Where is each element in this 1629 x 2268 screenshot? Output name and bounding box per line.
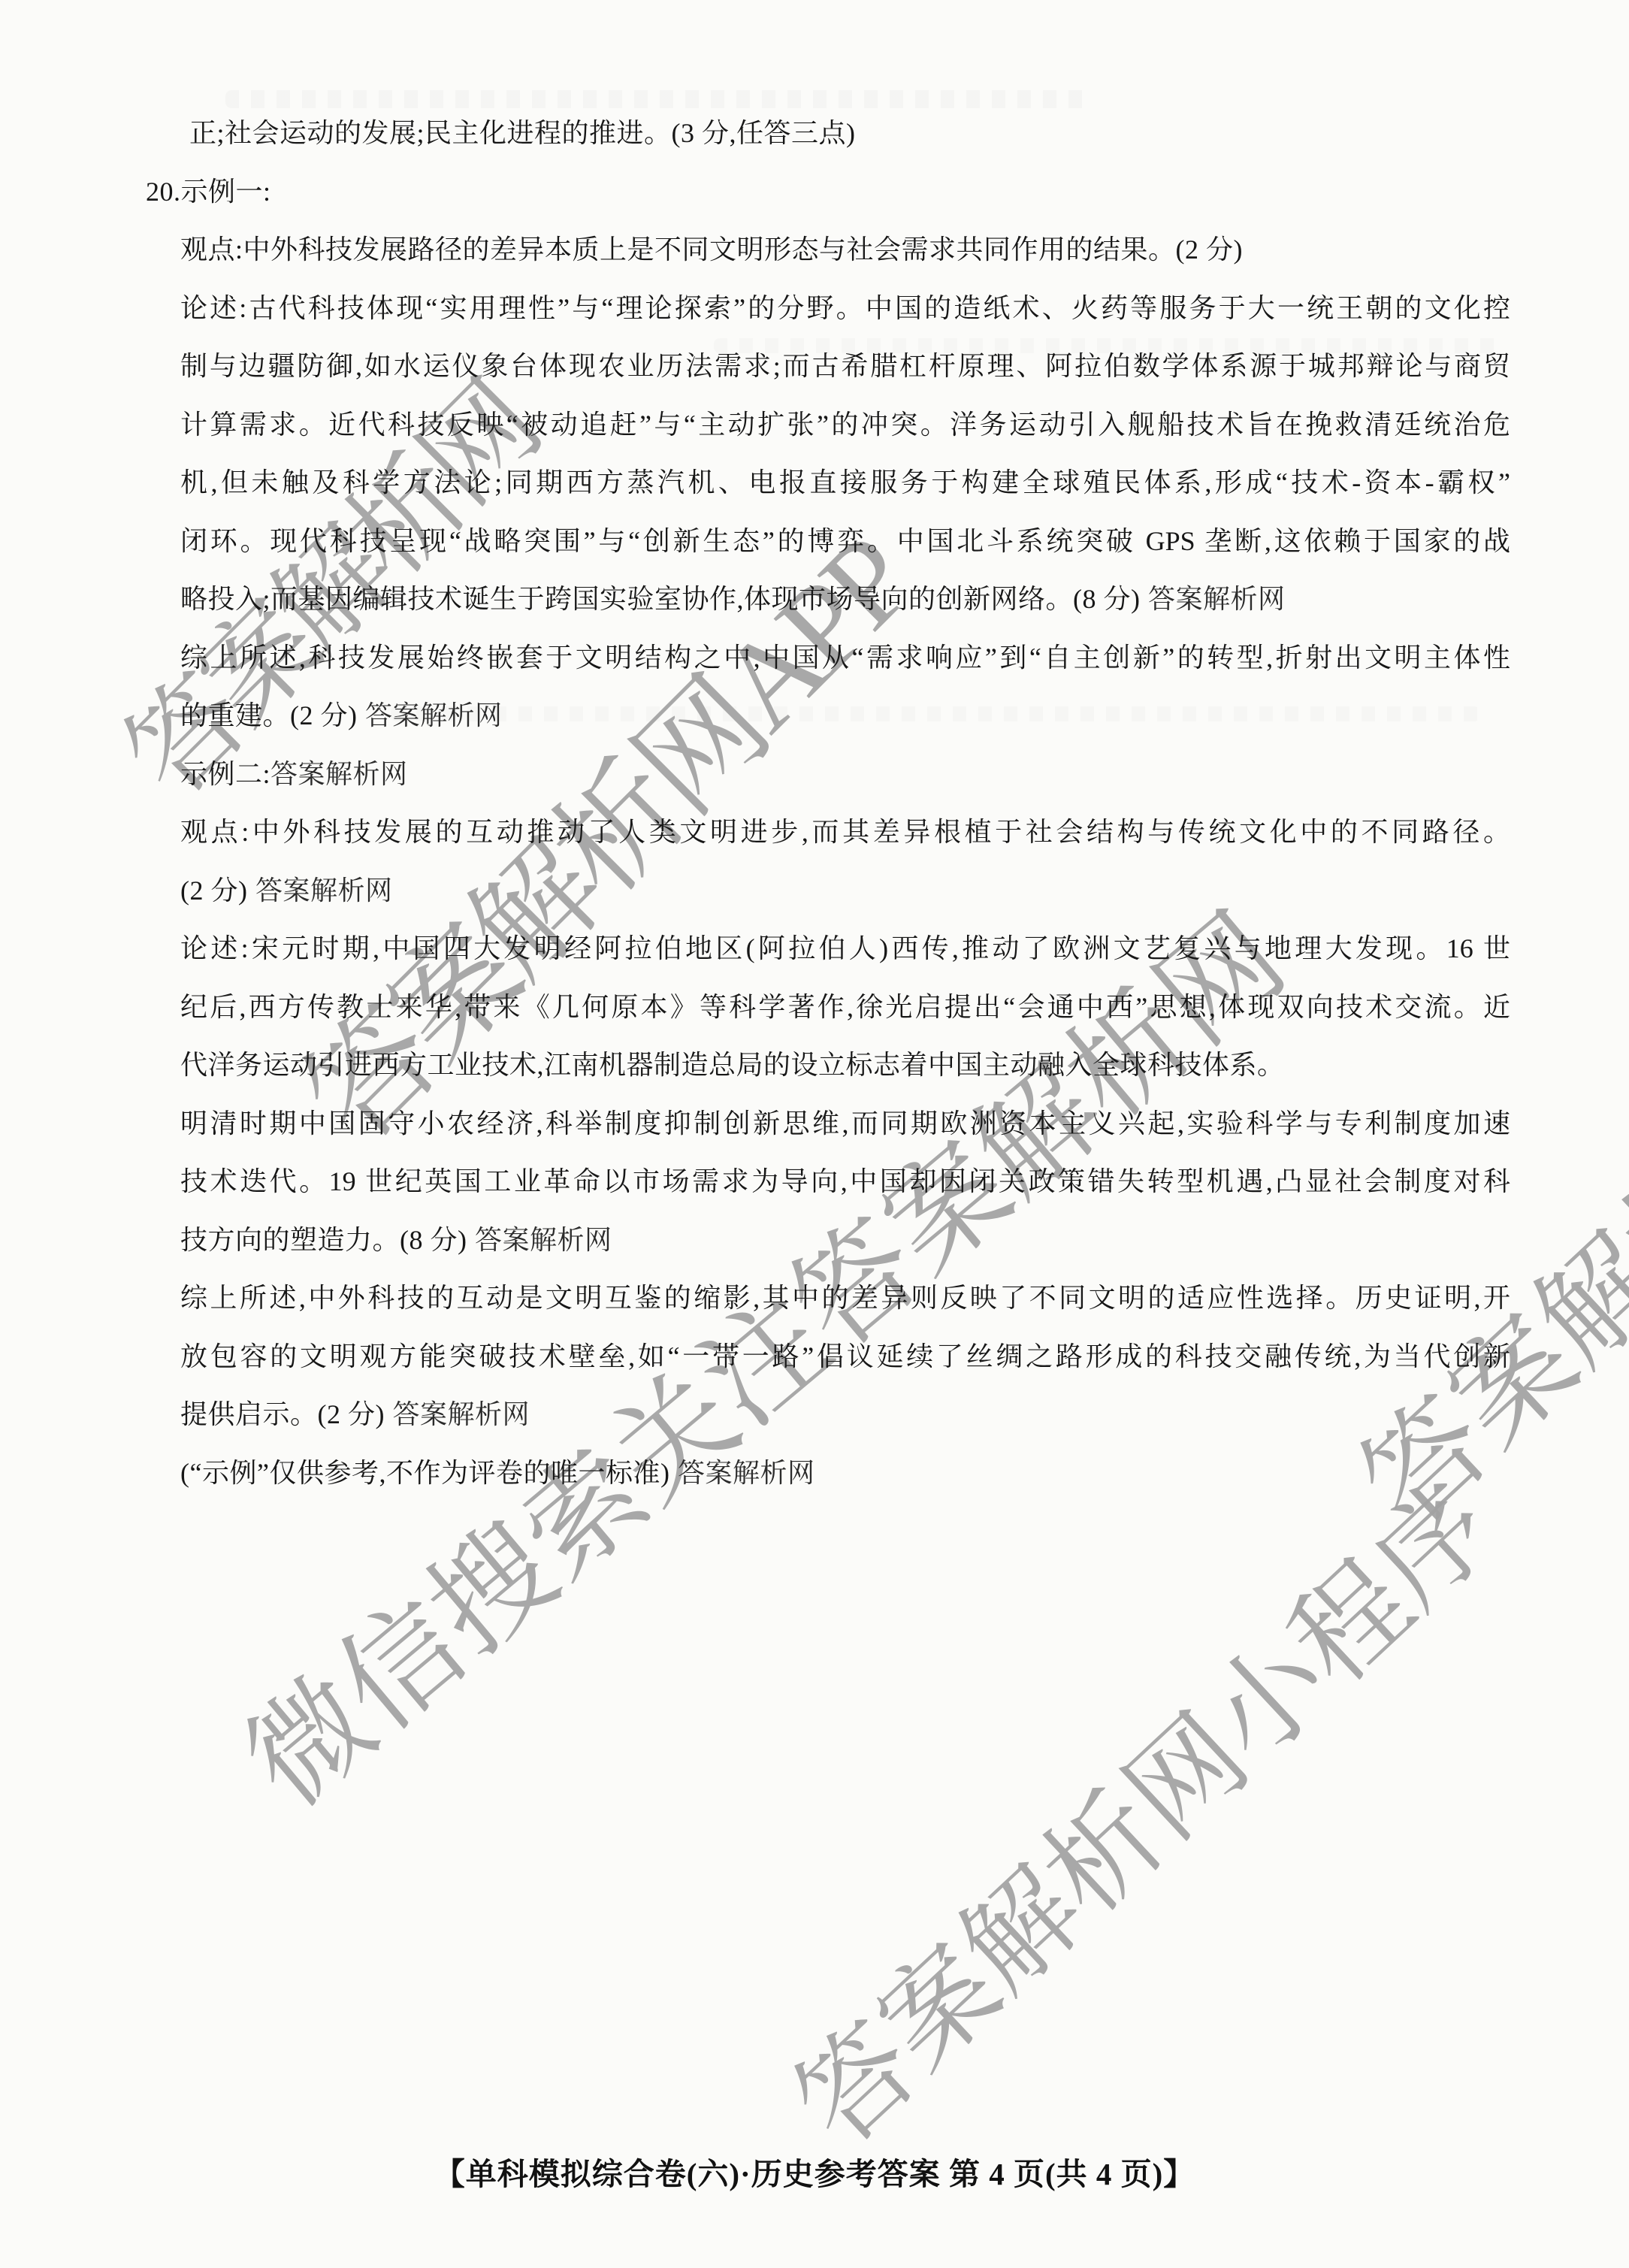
text-line-question-20: 20.示例一: bbox=[180, 173, 1510, 210]
scanned-answer-page: 答案解析网 答案解析网APP 微信搜索关注答案解析网 答案解析网小程序 答案解析… bbox=[0, 0, 1629, 2268]
text-line: 略投入;而基因编辑技术诞生于跨国实验室协作,体现市场导向的创新网络。(8 分) … bbox=[180, 580, 1510, 618]
text-line: 技方向的塑造力。(8 分) 答案解析网 bbox=[180, 1221, 1510, 1259]
text-line: 计算需求。近代科技反映“被动追赶”与“主动扩张”的冲突。洋务运动引入舰船技术旨在… bbox=[180, 406, 1510, 443]
text-line: (“示例”仅供参考,不作为评卷的唯一标准) 答案解析网 bbox=[180, 1454, 1510, 1492]
text-line: 提供启示。(2 分) 答案解析网 bbox=[180, 1396, 1510, 1433]
text-line: 观点:中外科技发展的互动推动了人类文明进步,而其差异根植于社会结构与传统文化中的… bbox=[180, 813, 1510, 851]
text-line: 放包容的文明观方能突破技术壁垒,如“一带一路”倡议延续了丝绸之路形成的科技交融传… bbox=[180, 1338, 1510, 1375]
text-line: 的重建。(2 分) 答案解析网 bbox=[180, 697, 1510, 734]
text-line: 技术迭代。19 世纪英国工业革命以市场需求为导向,中国却因闭关政策错失转型机遇,… bbox=[180, 1163, 1510, 1200]
text-line: 示例二:答案解析网 bbox=[180, 755, 1510, 793]
text-line: 论述:古代科技体现“实用理性”与“理论探索”的分野。中国的造纸术、火药等服务于大… bbox=[180, 289, 1510, 327]
page-footer: 【单科模拟综合卷(六)·历史参考答案 第 4 页(共 4 页)】 bbox=[0, 2149, 1629, 2194]
text-line: 代洋务运动引进西方工业技术,江南机器制造总局的设立标志着中国主动融入全球科技体系… bbox=[180, 1046, 1510, 1084]
text-line: 制与边疆防御,如水运仪象台体现农业历法需求;而古希腊杠杆原理、阿拉伯数学体系源于… bbox=[180, 347, 1510, 385]
text-line: 综上所述,中外科技的互动是文明互鉴的缩影,其中的差异则反映了不同文明的适应性选择… bbox=[180, 1279, 1510, 1317]
text-line: 论述:宋元时期,中国四大发明经阿拉伯地区(阿拉伯人)西传,推动了欧洲文艺复兴与地… bbox=[180, 930, 1510, 967]
text-line: 观点:中外科技发展路径的差异本质上是不同文明形态与社会需求共同作用的结果。(2 … bbox=[180, 231, 1510, 268]
text-line: 机,但未触及科学方法论;同期西方蒸汽机、电报直接服务于构建全球殖民体系,形成“技… bbox=[180, 464, 1510, 501]
text-line: 综上所述,科技发展始终嵌套于文明结构之中,中国从“需求响应”到“自主创新”的转型… bbox=[180, 639, 1510, 676]
text-line: (2 分) 答案解析网 bbox=[180, 872, 1510, 909]
answer-text-block: 正;社会运动的发展;民主化进程的推进。(3 分,任答三点) 20.示例一: 观点… bbox=[0, 0, 1629, 2268]
text-line: 正;社会运动的发展;民主化进程的推进。(3 分,任答三点) bbox=[180, 114, 1510, 152]
text-line: 明清时期中国固守小农经济,科举制度抑制创新思维,而同期欧洲资本主义兴起,实验科学… bbox=[180, 1105, 1510, 1142]
text-line: 闭环。现代科技呈现“战略突围”与“创新生态”的博弈。中国北斗系统突破 GPS 垄… bbox=[180, 522, 1510, 560]
text-line: 纪后,西方传教士来华,带来《几何原本》等科学著作,徐光启提出“会通中西”思想,体… bbox=[180, 988, 1510, 1026]
